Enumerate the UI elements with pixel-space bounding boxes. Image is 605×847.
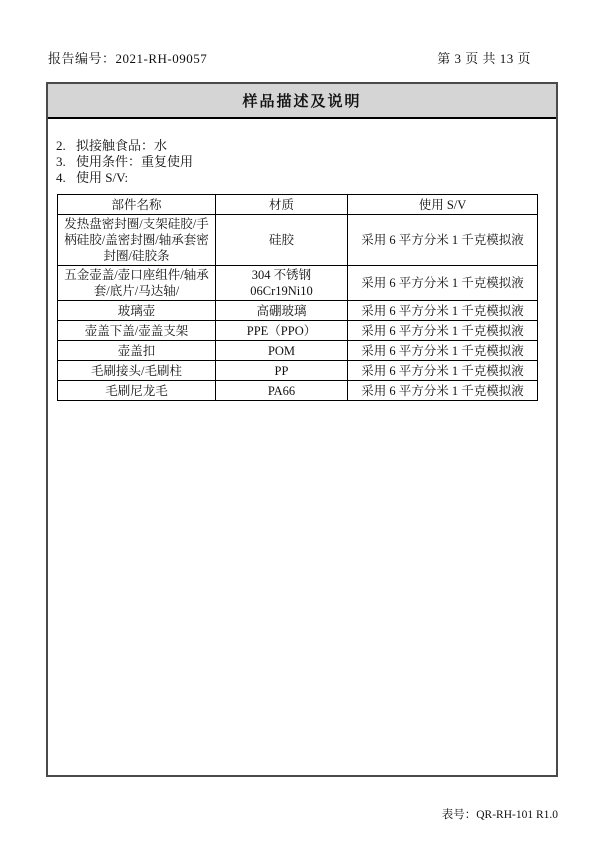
note-item-sv: 4.使用 S/V:: [56, 170, 556, 186]
box-title-bar: 样品描述及说明: [48, 84, 556, 119]
sv-cell: 采用 6 平方分米 1 千克模拟液: [348, 321, 538, 341]
table-row: 五金壶盖/壶口座组件/轴承套/底片/马达轴/ 304 不锈钢 06Cr19Ni1…: [58, 266, 538, 301]
report-number-value: 2021-RH-09057: [116, 51, 208, 66]
page-indicator: 第 3 页 共 13 页: [437, 48, 531, 67]
form-number-label: 表号：: [442, 809, 477, 821]
table-row: 毛刷尼龙毛 PA66 采用 6 平方分米 1 千克模拟液: [58, 381, 538, 401]
material-cell: 304 不锈钢 06Cr19Ni10: [216, 266, 348, 301]
col-header-material: 材质: [216, 195, 348, 215]
table-row: 壶盖下盖/壶盖支架 PPE（PPO） 采用 6 平方分米 1 千克模拟液: [58, 321, 538, 341]
parts-table: 部件名称 材质 使用 S/V 发热盘密封圈/支架硅胶/手柄硅胶/盖密封圈/轴承套…: [57, 194, 538, 401]
sv-cell: 采用 6 平方分米 1 千克模拟液: [348, 301, 538, 321]
table-row: 发热盘密封圈/支架硅胶/手柄硅胶/盖密封圈/轴承套密封圈/硅胶条 硅胶 采用 6…: [58, 215, 538, 266]
page-header: 报告编号：2021-RH-09057 第 3 页 共 13 页: [48, 48, 531, 67]
part-name-cell: 壶盖扣: [58, 341, 216, 361]
col-header-part-name: 部件名称: [58, 195, 216, 215]
sv-cell: 采用 6 平方分米 1 千克模拟液: [348, 266, 538, 301]
part-name-cell: 毛刷尼龙毛: [58, 381, 216, 401]
note-text: 使用条件：重复使用: [76, 154, 193, 169]
sample-description-box: 样品描述及说明 2.拟接触食品：水 3.使用条件：重复使用 4.使用 S/V: …: [46, 82, 558, 777]
material-cell: PPE（PPO）: [216, 321, 348, 341]
table-row: 毛刷接头/毛刷柱 PP 采用 6 平方分米 1 千克模拟液: [58, 361, 538, 381]
sv-cell: 采用 6 平方分米 1 千克模拟液: [348, 381, 538, 401]
part-name-cell: 玻璃壶: [58, 301, 216, 321]
form-number-value: QR-RH-101 R1.0: [476, 809, 558, 821]
note-text: 使用 S/V:: [76, 170, 128, 185]
material-cell: 硅胶: [216, 215, 348, 266]
material-cell: PP: [216, 361, 348, 381]
material-cell: POM: [216, 341, 348, 361]
notes-list: 2.拟接触食品：水 3.使用条件：重复使用 4.使用 S/V:: [56, 138, 556, 186]
sv-cell: 采用 6 平方分米 1 千克模拟液: [348, 341, 538, 361]
sv-cell: 采用 6 平方分米 1 千克模拟液: [348, 361, 538, 381]
box-title: 样品描述及说明: [242, 90, 361, 111]
part-name-cell: 壶盖下盖/壶盖支架: [58, 321, 216, 341]
sv-cell: 采用 6 平方分米 1 千克模拟液: [348, 215, 538, 266]
part-name-cell: 毛刷接头/毛刷柱: [58, 361, 216, 381]
report-number-label: 报告编号：: [48, 51, 116, 66]
part-name-cell: 五金壶盖/壶口座组件/轴承套/底片/马达轴/: [58, 266, 216, 301]
report-number: 报告编号：2021-RH-09057: [48, 48, 207, 67]
table-header-row: 部件名称 材质 使用 S/V: [58, 195, 538, 215]
note-number: 4.: [56, 170, 76, 186]
note-item-food-contact: 2.拟接触食品：水: [56, 138, 556, 154]
note-text: 拟接触食品：水: [76, 138, 167, 153]
material-cell: 高硼玻璃: [216, 301, 348, 321]
note-item-use-condition: 3.使用条件：重复使用: [56, 154, 556, 170]
form-number: 表号：QR-RH-101 R1.0: [442, 806, 558, 822]
table-row: 壶盖扣 POM 采用 6 平方分米 1 千克模拟液: [58, 341, 538, 361]
report-page: 报告编号：2021-RH-09057 第 3 页 共 13 页 样品描述及说明 …: [0, 0, 605, 847]
col-header-sv: 使用 S/V: [348, 195, 538, 215]
table-row: 玻璃壶 高硼玻璃 采用 6 平方分米 1 千克模拟液: [58, 301, 538, 321]
note-number: 3.: [56, 154, 76, 170]
part-name-cell: 发热盘密封圈/支架硅胶/手柄硅胶/盖密封圈/轴承套密封圈/硅胶条: [58, 215, 216, 266]
note-number: 2.: [56, 138, 76, 154]
material-cell: PA66: [216, 381, 348, 401]
